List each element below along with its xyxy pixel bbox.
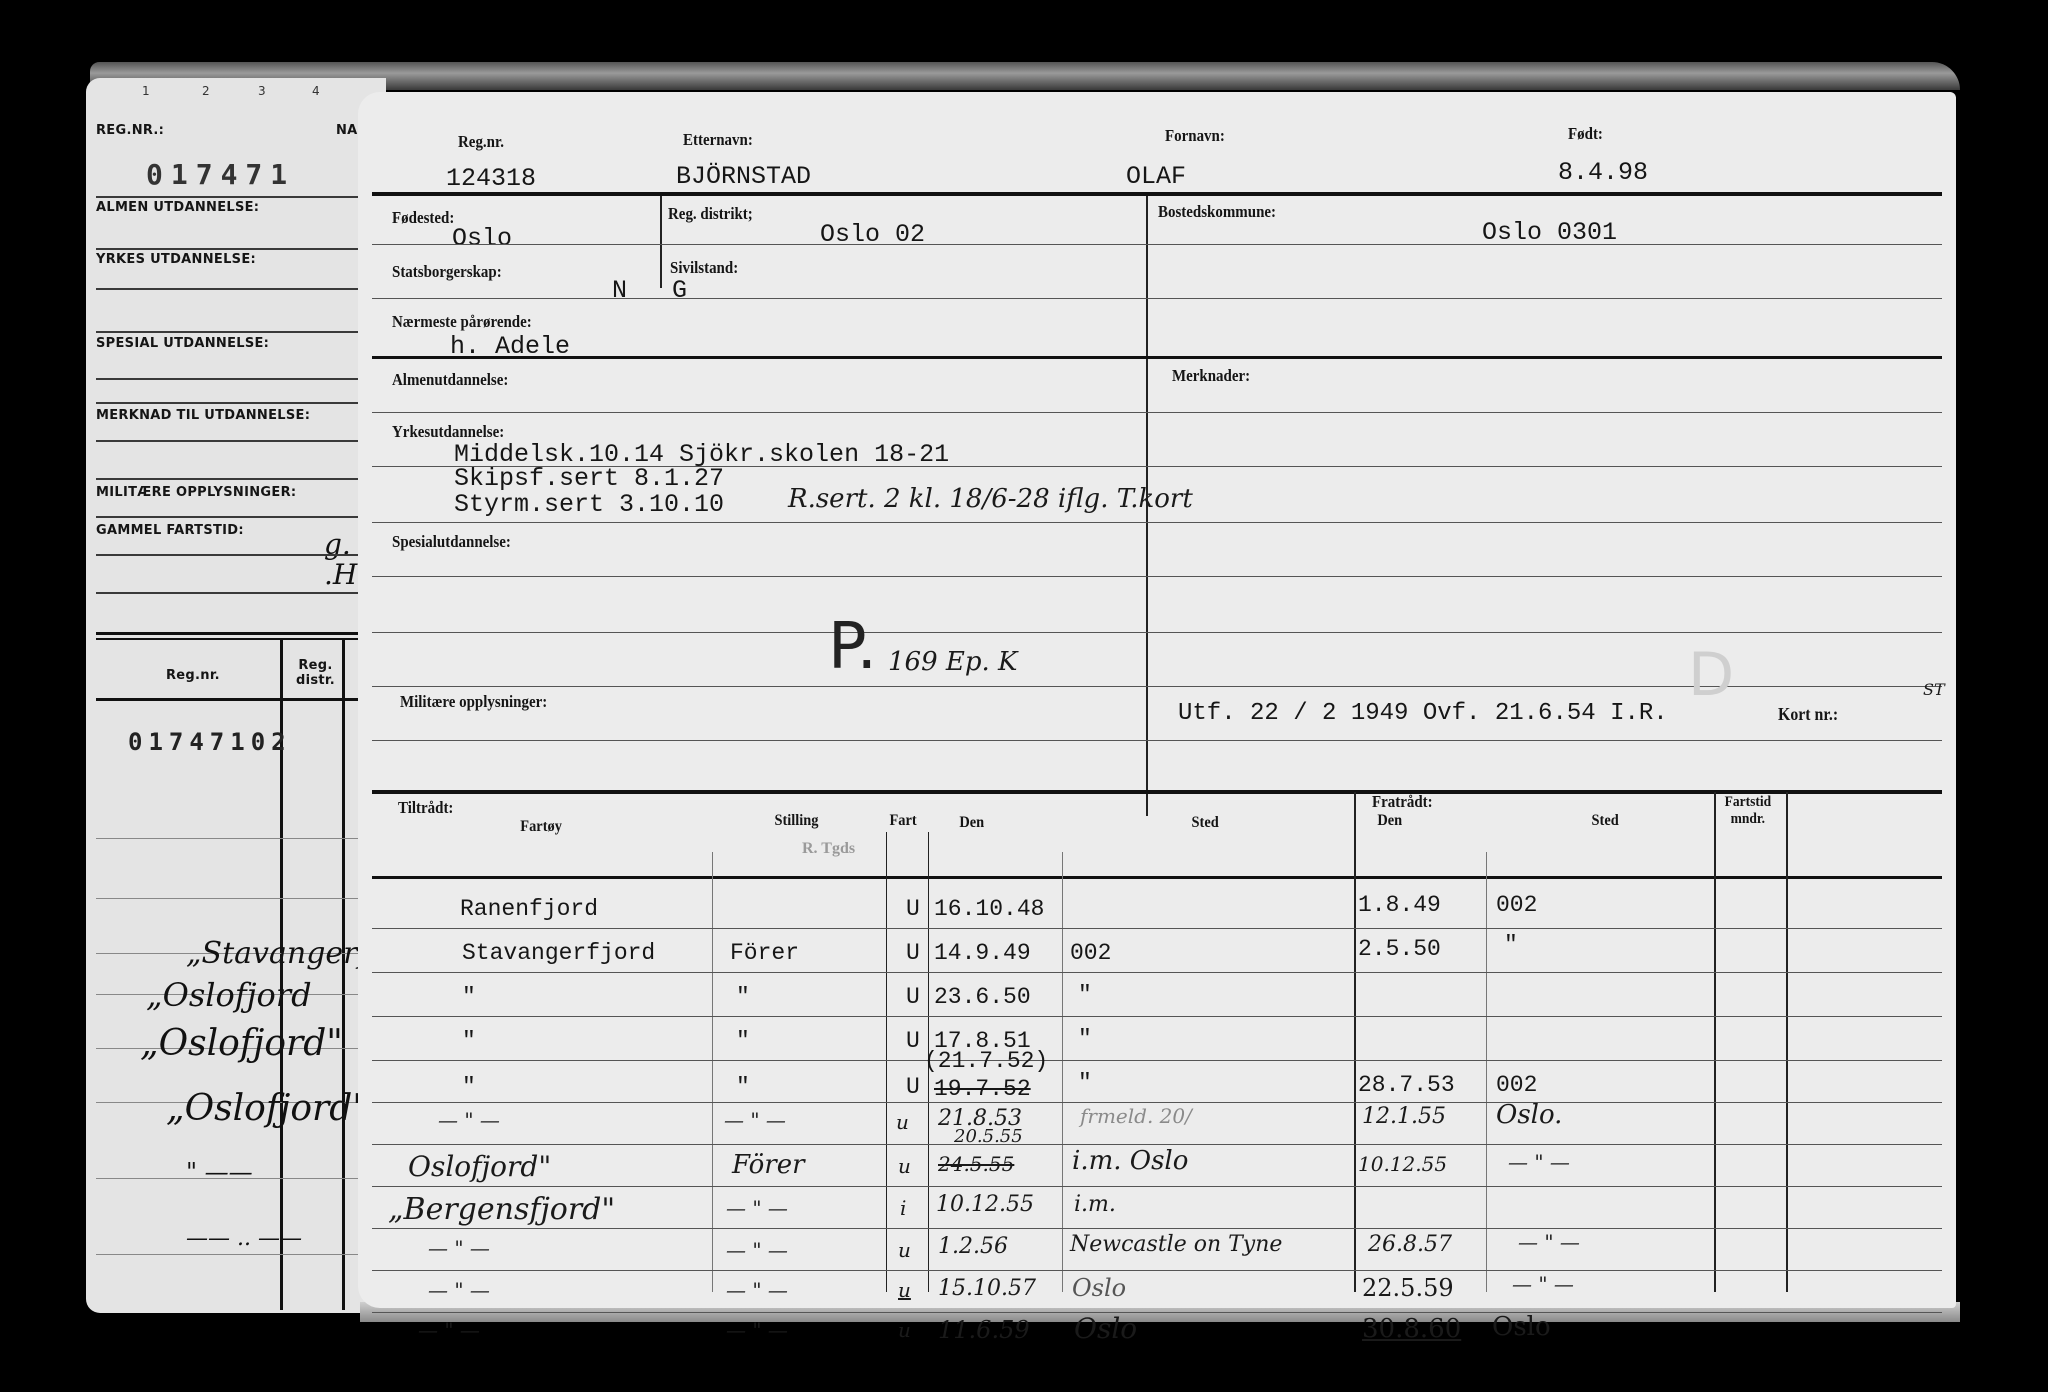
- column-divider: [342, 640, 345, 1310]
- divider: [96, 898, 386, 899]
- ruler-number: 2: [202, 84, 210, 98]
- cell-fart: u: [898, 1278, 911, 1302]
- cell-stilling: ": [736, 984, 750, 1010]
- corner-mark: ST: [1923, 680, 1945, 699]
- back-gammel-label: GAMMEL FARTSTID:: [96, 523, 244, 538]
- cell-stilling: — " —: [726, 1318, 788, 1342]
- cell-fart: U: [906, 1074, 920, 1100]
- cell-stilling: ": [736, 1074, 750, 1100]
- cell-fra-den: 2.5.50: [1358, 936, 1441, 962]
- cell-fra-sted: 002: [1496, 892, 1537, 918]
- tiltradt-label: Tiltrådt:: [398, 798, 453, 818]
- divider: [96, 632, 386, 635]
- cell-fart: U: [906, 984, 920, 1010]
- back-handwritten-entry: „Oslofjord": [140, 1023, 343, 1064]
- back-handwritten-entry: —— .. ——: [186, 1226, 302, 1251]
- cell-fra-den: 22.5.59: [1362, 1274, 1454, 1302]
- cell-fra-den: 12.1.55: [1362, 1104, 1446, 1129]
- cell-den: 1.2.56: [938, 1234, 1008, 1259]
- column-divider: [1486, 852, 1487, 1292]
- col-fartstid: Fartstid mndr.: [1725, 794, 1772, 828]
- divider: [96, 248, 386, 250]
- divider: [372, 192, 1942, 196]
- cell-sted: 002: [1070, 940, 1111, 966]
- divider: [96, 592, 386, 594]
- divider: [96, 196, 386, 198]
- column-divider: [1354, 792, 1356, 1292]
- cell-stilling: ": [736, 1028, 750, 1054]
- back-militaere-label: MILITÆRE OPPLYSNINGER:: [96, 485, 296, 500]
- column-divider: [1786, 792, 1788, 1292]
- row-divider: [372, 1016, 1942, 1017]
- yrkes-handwritten-note: R.sert. 2 kl. 18/6-28 iflg. T.kort: [788, 484, 1193, 514]
- cell-sted: Newcastle on Tyne: [1070, 1232, 1282, 1257]
- divider: [96, 516, 386, 518]
- back-handwritten-entry: „Oslofjord": [166, 1088, 369, 1129]
- cell-fartoy: — " —: [428, 1236, 490, 1260]
- divider: [372, 576, 1942, 577]
- row-divider: [372, 1228, 1942, 1229]
- back-handwritten-entry: „Oslofjord: [146, 976, 312, 1014]
- column-divider: [1062, 852, 1063, 1292]
- cell-fra-den: 10.12.55: [1358, 1152, 1447, 1176]
- cell-sted: i.m.: [1074, 1192, 1116, 1217]
- back-card: 1 2 3 4 REG.NR.: NA 017471 ALMEN UTDANNE…: [86, 78, 386, 1313]
- cell-sted: Oslo: [1074, 1312, 1137, 1345]
- cell-fartoy: Stavangerfjord: [462, 940, 655, 966]
- col-fra-den: Den: [1377, 812, 1402, 830]
- cell-fartoy: Ranenfjord: [460, 896, 598, 922]
- ruler-number: 3: [258, 84, 266, 98]
- divider: [96, 402, 386, 404]
- back-handwritten-entry: „Stavangerf.: [186, 936, 377, 971]
- col-fra-sted: Sted: [1592, 812, 1619, 830]
- cell-fartoy: — " —: [428, 1278, 490, 1302]
- utf-line: Utf. 22 / 2 1949 Ovf. 21.6.54 I.R.: [1178, 700, 1668, 727]
- cell-fart: U: [906, 940, 920, 966]
- cell-fartoy: „Bergensfjord": [388, 1192, 615, 1227]
- col-den: Den: [959, 814, 984, 832]
- p-stamp: P.: [828, 610, 877, 684]
- cell-fra-sted: — " —: [1512, 1272, 1574, 1296]
- kort-nr-label: Kort nr.:: [1778, 704, 1838, 725]
- sivilstand-label: Sivilstand:: [670, 258, 738, 278]
- table-top-border: [372, 790, 1942, 794]
- fodested-value: Oslo: [452, 224, 512, 253]
- divider: [372, 632, 1942, 633]
- divider: [96, 331, 386, 333]
- row-divider: [372, 1144, 1942, 1145]
- cell-stilling: — " —: [726, 1196, 788, 1220]
- ruler-number: 4: [312, 84, 320, 98]
- cell-fart: u: [896, 1110, 909, 1134]
- cell-sted: ": [1078, 982, 1092, 1008]
- divider: [96, 440, 386, 442]
- cell-fartoy: ": [462, 984, 476, 1010]
- divider: [372, 522, 1942, 523]
- cell-fra-den: 26.8.57: [1368, 1232, 1452, 1257]
- yrkes-line: Styrm.sert 3.10.10: [454, 490, 724, 519]
- bostedskommune-value: Oslo 0301: [1482, 218, 1617, 247]
- divider: [372, 244, 1942, 245]
- spesialutdannelse-label: Spesialutdannelse:: [392, 532, 511, 552]
- col-sted: Sted: [1192, 814, 1219, 832]
- row-divider: [372, 928, 1942, 929]
- cell-fra-sted: — " —: [1508, 1150, 1570, 1174]
- merknader-faint-mark: D: [1688, 640, 1734, 710]
- column-divider: [1714, 792, 1716, 1292]
- back-yrkes-label: YRKES UTDANNELSE:: [96, 252, 256, 267]
- merknader-label: Merknader:: [1172, 366, 1250, 386]
- back-col-reg-distr: Reg. distr.: [296, 658, 335, 688]
- column-divider: [886, 832, 887, 1292]
- fratradt-label: Fratrådt:: [1372, 792, 1433, 812]
- cell-den: 24.5.55: [938, 1152, 1014, 1176]
- back-merknad-label: MERKNAD TIL UTDANNELSE:: [96, 408, 310, 423]
- col-fart: Fart: [890, 812, 917, 830]
- back-spesial-label: SPESIAL UTDANNELSE:: [96, 336, 269, 351]
- divider: [372, 740, 1942, 741]
- cell-fra-sted: — " —: [1518, 1230, 1580, 1254]
- back-gammel-note: g. .H: [324, 530, 357, 590]
- back-col-reg-nr: Reg.nr.: [166, 668, 220, 683]
- row-divider: [372, 1186, 1942, 1187]
- p-handwritten: 169 Ep. K: [888, 647, 1017, 677]
- column-divider: [660, 196, 662, 288]
- cell-fart: u: [898, 1238, 911, 1262]
- divider: [96, 288, 386, 290]
- cell-fartoy: ": [462, 1028, 476, 1054]
- etternavn-label: Etternavn:: [683, 130, 753, 150]
- cell-fart: u: [898, 1154, 911, 1178]
- cell-fra-sted: Oslo.: [1496, 1100, 1562, 1130]
- back-handwritten-entry: " ——: [186, 1158, 253, 1186]
- reg-nr-value: 124318: [446, 164, 536, 193]
- col-fartoy: Fartøy: [520, 818, 562, 836]
- row-divider: [372, 1060, 1942, 1061]
- row-divider: [372, 1312, 1942, 1313]
- cell-fart: u: [898, 1318, 911, 1342]
- back-reg-nr-value: 017471: [146, 158, 295, 191]
- cell-fart: U: [906, 1028, 920, 1054]
- cell-stilling: Förer: [732, 1150, 805, 1180]
- cell-den: 23.6.50: [934, 984, 1031, 1010]
- cell-stilling: Förer: [730, 940, 799, 966]
- cell-fra-den: 28.7.53: [1358, 1072, 1455, 1098]
- cell-fra-sted: ": [1504, 932, 1518, 958]
- fodested-label: Fødested:: [392, 208, 454, 228]
- naermeste-label: Nærmeste pårørende:: [392, 312, 532, 332]
- column-divider: [712, 852, 713, 1292]
- bostedskommune-label: Bostedskommune:: [1158, 202, 1276, 222]
- cell-den: 10.12.55: [936, 1192, 1034, 1217]
- divider: [372, 298, 1942, 299]
- fodt-label: Født:: [1568, 124, 1603, 144]
- cell-sted: ": [1078, 1070, 1092, 1096]
- cell-stilling: — " —: [726, 1238, 788, 1262]
- row-divider: [372, 1102, 1942, 1103]
- cell-fartoy: — " —: [418, 1318, 480, 1342]
- divider: [96, 838, 386, 839]
- cell-den-note: 20.5.55: [954, 1126, 1023, 1147]
- cell-fart: U: [906, 896, 920, 922]
- yrkesutdannelse-label: Yrkesutdannelse:: [392, 422, 504, 442]
- reg-distrikt-label: Reg. distrikt;: [668, 204, 753, 224]
- cell-sted: Oslo: [1072, 1274, 1126, 1302]
- cell-sted: frmeld. 20/: [1080, 1104, 1192, 1128]
- statsborgerskap-label: Statsborgerskap:: [392, 262, 502, 282]
- militaere-label: Militære opplysninger:: [400, 692, 547, 712]
- back-reg-nr-label: REG.NR.:: [96, 123, 164, 138]
- cell-den: 15.10.57: [938, 1276, 1036, 1301]
- cell-fartoy: — " —: [438, 1108, 500, 1132]
- sivilstand-value: G: [672, 276, 687, 305]
- cell-fartoy: ": [462, 1074, 476, 1100]
- faint-stamp: R. Tgds: [802, 840, 855, 858]
- cell-fra-den: 30.8.60: [1362, 1314, 1461, 1344]
- table-header-border: [372, 876, 1942, 879]
- ruler-number: 1: [142, 84, 150, 98]
- back-table-value: 01747102: [128, 728, 292, 756]
- statsborgerskap-value: N: [612, 276, 627, 305]
- cell-fra-den: 1.8.49: [1358, 892, 1441, 918]
- col-stilling: Stilling: [774, 812, 818, 830]
- divider: [372, 412, 1942, 413]
- row-divider: [372, 972, 1942, 973]
- almenutdannelse-label: Almenutdannelse:: [392, 370, 508, 390]
- divider: [96, 1254, 386, 1255]
- cell-den: 19.7.52: [934, 1076, 1031, 1102]
- cell-den: 14.9.49: [934, 940, 1031, 966]
- cell-stilling: — " —: [726, 1278, 788, 1302]
- back-almen-label: ALMEN UTDANNELSE:: [96, 200, 259, 215]
- reg-nr-label: Reg.nr.: [458, 132, 504, 152]
- fodt-value: 8.4.98: [1558, 158, 1648, 187]
- divider: [96, 478, 386, 480]
- etternavn-value: BJÖRNSTAD: [676, 162, 811, 191]
- row-divider: [372, 1270, 1942, 1271]
- divider: [96, 378, 386, 380]
- cell-sted: ": [1078, 1026, 1092, 1052]
- divider: [96, 554, 386, 556]
- back-name-label: NA: [336, 123, 358, 138]
- cell-den: 16.10.48: [934, 896, 1044, 922]
- cell-fartoy: Oslofjord": [408, 1150, 551, 1183]
- cell-fart: i: [900, 1196, 906, 1220]
- cell-fra-sted: Oslo: [1492, 1312, 1551, 1342]
- divider: [372, 356, 1942, 359]
- fornavn-value: OLAF: [1126, 162, 1186, 191]
- cell-den-note: (21.7.52): [924, 1048, 1048, 1074]
- main-card: Reg.nr. 124318 Etternavn: BJÖRNSTAD Forn…: [358, 92, 1956, 1308]
- cell-sted: i.m. Oslo: [1072, 1146, 1188, 1176]
- cell-fra-sted: 002: [1496, 1072, 1537, 1098]
- fornavn-label: Fornavn:: [1165, 126, 1225, 146]
- cell-den: 11.6.59: [938, 1316, 1030, 1344]
- cell-stilling: — " —: [724, 1108, 786, 1132]
- yrkes-line: Skipsf.sert 8.1.27: [454, 464, 724, 493]
